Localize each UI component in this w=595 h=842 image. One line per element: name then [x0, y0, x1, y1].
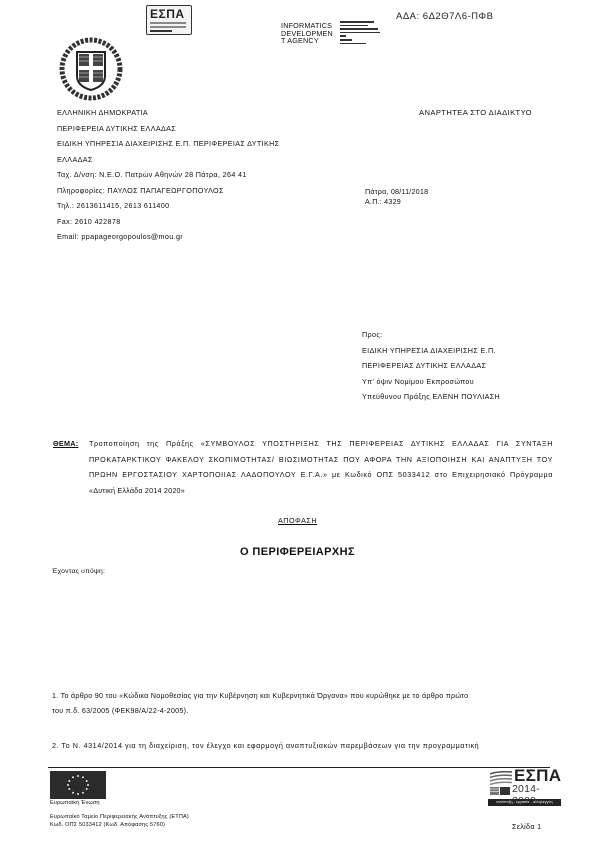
fund-line: Ευρωπαϊκό Ταμείο Περιφερειακής Ανάπτυξης…: [50, 813, 189, 821]
eu-caption: Ευρωπαϊκή Ένωση: [50, 800, 100, 806]
greek-emblem-icon: [58, 36, 124, 102]
espa-logo-stripe: [150, 26, 186, 28]
sender-block: ΕΛΛΗΝΙΚΗ ΔΗΜΟΚΡΑΤΙΑ ΠΕΡΙΦΕΡΕΙΑ ΔΥΤΙΚΗΣ Ε…: [57, 108, 279, 248]
espa-logo-stripe: [150, 30, 172, 32]
place-date: Πάτρα, 08/11/2018: [365, 187, 428, 197]
decision-heading: ΑΠΟΦΑΣΗ: [0, 516, 595, 525]
recipient-block: Προς: ΕΙΔΙΚΗ ΥΠΗΡΕΣΙΑ ΔΙΑΧΕΙΡΙΣΗΣ Ε.Π. Π…: [362, 330, 500, 408]
legal-basis-line: του π.δ. 63/2005 (ΦΕΚ98/Α/22-4-2005).: [52, 706, 552, 721]
sender-phone: Τηλ.: 2613611415, 2613 611400: [57, 201, 279, 217]
subject-line: ΠΡΩΗΝ ΕΡΓΟΣΤΑΣΙΟΥ ΧΑΡΤΟΠΟΙΙΑΣ ΛΑΔΟΠΟΥΛΟΥ…: [89, 470, 553, 486]
page-number: Σελίδα 1: [512, 822, 541, 831]
fund-text: Ευρωπαϊκό Ταμείο Περιφερειακής Ανάπτυξης…: [50, 813, 189, 829]
posting-note: ΑΝΑΡΤΗΤΕΑ ΣΤΟ ΔΙΑΔΙΚΤΥΟ: [419, 108, 532, 117]
subject-line: «Δυτική Ελλάδα 2014 2020»: [89, 486, 553, 502]
espa-logo-stripe: [150, 22, 186, 24]
recipient-line: ΕΙΔΙΚΗ ΥΠΗΡΕΣΙΑ ΔΙΑΧΕΙΡΙΣΗΣ Ε.Π.: [362, 346, 500, 362]
recipient-label: Προς:: [362, 330, 500, 346]
espa-footer-logo: ΕΣΠΑ 2014-2020 ανάπτυξη - εργασία - αλλη…: [488, 769, 562, 813]
recipient-line: Υπεύθυνου Πράξης ΕΛΕΝΗ ΠΟΥΛΙΑΣΗ: [362, 392, 500, 408]
sender-address: Ταχ. Δ/νση: Ν.Ε.Ο. Πατρών Αθηνών 28 Πάτρ…: [57, 170, 279, 186]
recipient-line: Υπ' όψιν Νομίμου Εκπροσώπου: [362, 377, 500, 393]
eu-flag-icon: [50, 771, 106, 799]
agency-logo: INFORMATICS DEVELOPMEN T AGENCY: [281, 22, 333, 45]
espa-waves-icon: [490, 771, 512, 785]
date-block: Πάτρα, 08/11/2018 Α.Π.: 4329: [365, 187, 428, 207]
espa-header-logo: ΕΣΠΑ: [146, 5, 192, 35]
fund-line: Κωδ. ΟΠΣ 5033412 (Κωδ. Απόφασης 5760): [50, 821, 189, 829]
footer-divider: [48, 767, 550, 768]
sender-contact-person: Πληροφορίες: ΠΑΥΛΟΣ ΠΑΠΑΓΕΩΡΓΟΠΟΥΛΟΣ: [57, 186, 279, 202]
recipient-line: ΠΕΡΙΦΕΡΕΙΑΣ ΔΥΤΙΚΗΣ ΕΛΛΑΔΑΣ: [362, 361, 500, 377]
sender-email[interactable]: Email: ppapageorgopoulos@mou.gr: [57, 232, 279, 248]
agency-logo-fine-print: [340, 21, 380, 46]
sender-line: ΠΕΡΙΦΕΡΕΙΑ ΔΥΤΙΚΗΣ ΕΛΛΑΔΑΣ: [57, 124, 279, 140]
sender-fax: Fax: 2610 422878: [57, 217, 279, 233]
greece-eu-flags-icon: [490, 787, 510, 795]
espa-logo-text: ΕΣΠΑ: [150, 7, 185, 21]
agency-logo-line: T AGENCY: [281, 37, 333, 45]
authority-title: Ο ΠΕΡΙΦΕΡΕΙΑΡΧΗΣ: [0, 546, 595, 558]
considering-label: Έχοντας υπόψη:: [52, 568, 105, 575]
legal-basis-item: 2. Το Ν. 4314/2014 για τη διαχείριση, το…: [52, 741, 552, 750]
ada-code: ΑΔΑ: 6Δ2Θ7Λ6-ΠΦΒ: [396, 11, 493, 22]
subject-line: ΠΡΟΚΑΤΑΡΚΤΙΚΟΥ ΦΑΚΕΛΟΥ ΣΚΟΠΙΜΟΤΗΤΑΣ/ ΒΙΩ…: [89, 455, 553, 471]
protocol-number: Α.Π.: 4329: [365, 197, 428, 207]
espa-tagline: ανάπτυξη - εργασία - αλληλεγγύη: [488, 799, 561, 806]
sender-line: ΕΛΛΗΝΙΚΗ ΔΗΜΟΚΡΑΤΙΑ: [57, 108, 279, 124]
subject-line: Τροποποίηση της Πράξης «ΣΥΜΒΟΥΛΟΣ ΥΠΟΣΤΗ…: [89, 439, 553, 455]
sender-line: ΕΙΔΙΚΗ ΥΠΗΡΕΣΙΑ ΔΙΑΧΕΙΡΙΣΗΣ Ε.Π. ΠΕΡΙΦΕΡ…: [57, 139, 279, 155]
legal-basis-item: 1. Το άρθρο 90 του «Κώδικα Νομοθεσίας γι…: [52, 691, 552, 721]
subject-text: Τροποποίηση της Πράξης «ΣΥΜΒΟΥΛΟΣ ΥΠΟΣΤΗ…: [89, 439, 553, 501]
sender-line: ΕΛΛΑΔΑΣ: [57, 155, 279, 171]
legal-basis-line: 1. Το άρθρο 90 του «Κώδικα Νομοθεσίας γι…: [52, 691, 552, 706]
subject-label: ΘΕΜΑ:: [53, 439, 78, 448]
